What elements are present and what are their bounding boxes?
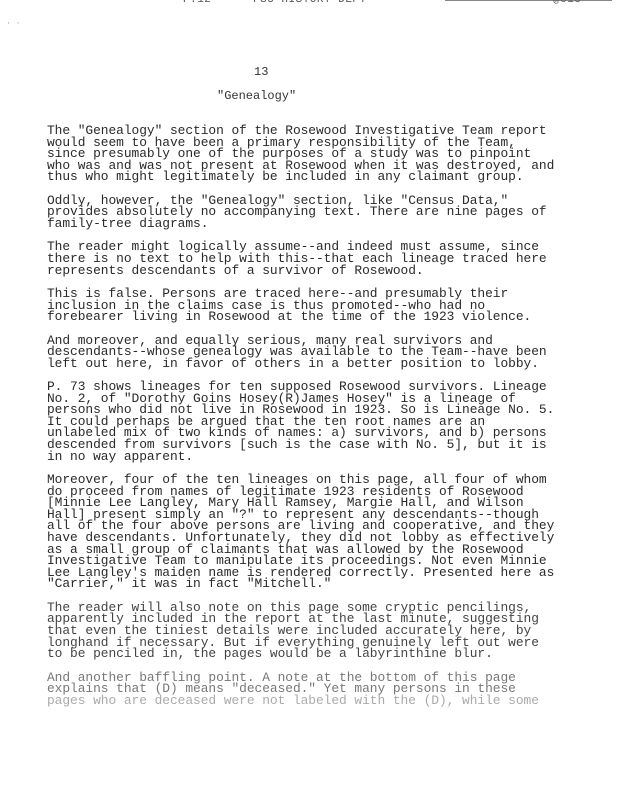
paragraph-assume: The reader might logically assume--and i…	[47, 241, 607, 276]
paragraph-false: This is false. Persons are traced here--…	[47, 288, 607, 323]
paragraph-intro: The "Genealogy" section of the Rosewood …	[47, 125, 607, 183]
paragraph-oddly: Oddly, however, the "Genealogy" section,…	[47, 195, 607, 230]
text-line: in no way apparent.	[47, 449, 193, 464]
text-line: family-tree diagrams.	[47, 216, 208, 231]
text-line: represents descendants of a survivor of …	[47, 263, 424, 278]
section-title: "Genealogy"	[217, 89, 296, 103]
scan-specks: · ·	[6, 19, 20, 28]
text-line: "Carrier," it was in fact "Mitchell."	[47, 576, 331, 591]
fax-header: P.12 FSU HISTORY DEPT @015	[0, 0, 618, 6]
page-number: 13	[254, 65, 268, 79]
paragraph-moreover-serious: And moreover, and equally serious, many …	[47, 335, 607, 370]
text-line: forebearer living in Rosewood at the tim…	[47, 309, 531, 324]
text-line: left out here, in favor of others in a b…	[47, 356, 539, 371]
paragraph-four-lineages: Moreover, four of the ten lineages on th…	[47, 474, 607, 590]
text-line: thus who might legitimately be included …	[47, 169, 524, 184]
paragraph-p73: P. 73 shows lineages for ten supposed Ro…	[47, 381, 607, 462]
fax-header-rule	[445, 0, 612, 1]
fax-header-left: P.12	[183, 0, 211, 6]
text-line: pages who are deceased were not labeled …	[47, 693, 539, 708]
document-body: The "Genealogy" section of the Rosewood …	[47, 125, 607, 718]
paragraph-pencilings: The reader will also note on this page s…	[47, 602, 607, 660]
paragraph-baffling: And another baffling point. A note at th…	[47, 672, 607, 707]
text-line: to be penciled in, the pages would be a …	[47, 646, 493, 661]
fax-header-sender: FSU HISTORY DEPT	[253, 0, 367, 6]
fax-header-page-code: @015	[553, 0, 581, 6]
